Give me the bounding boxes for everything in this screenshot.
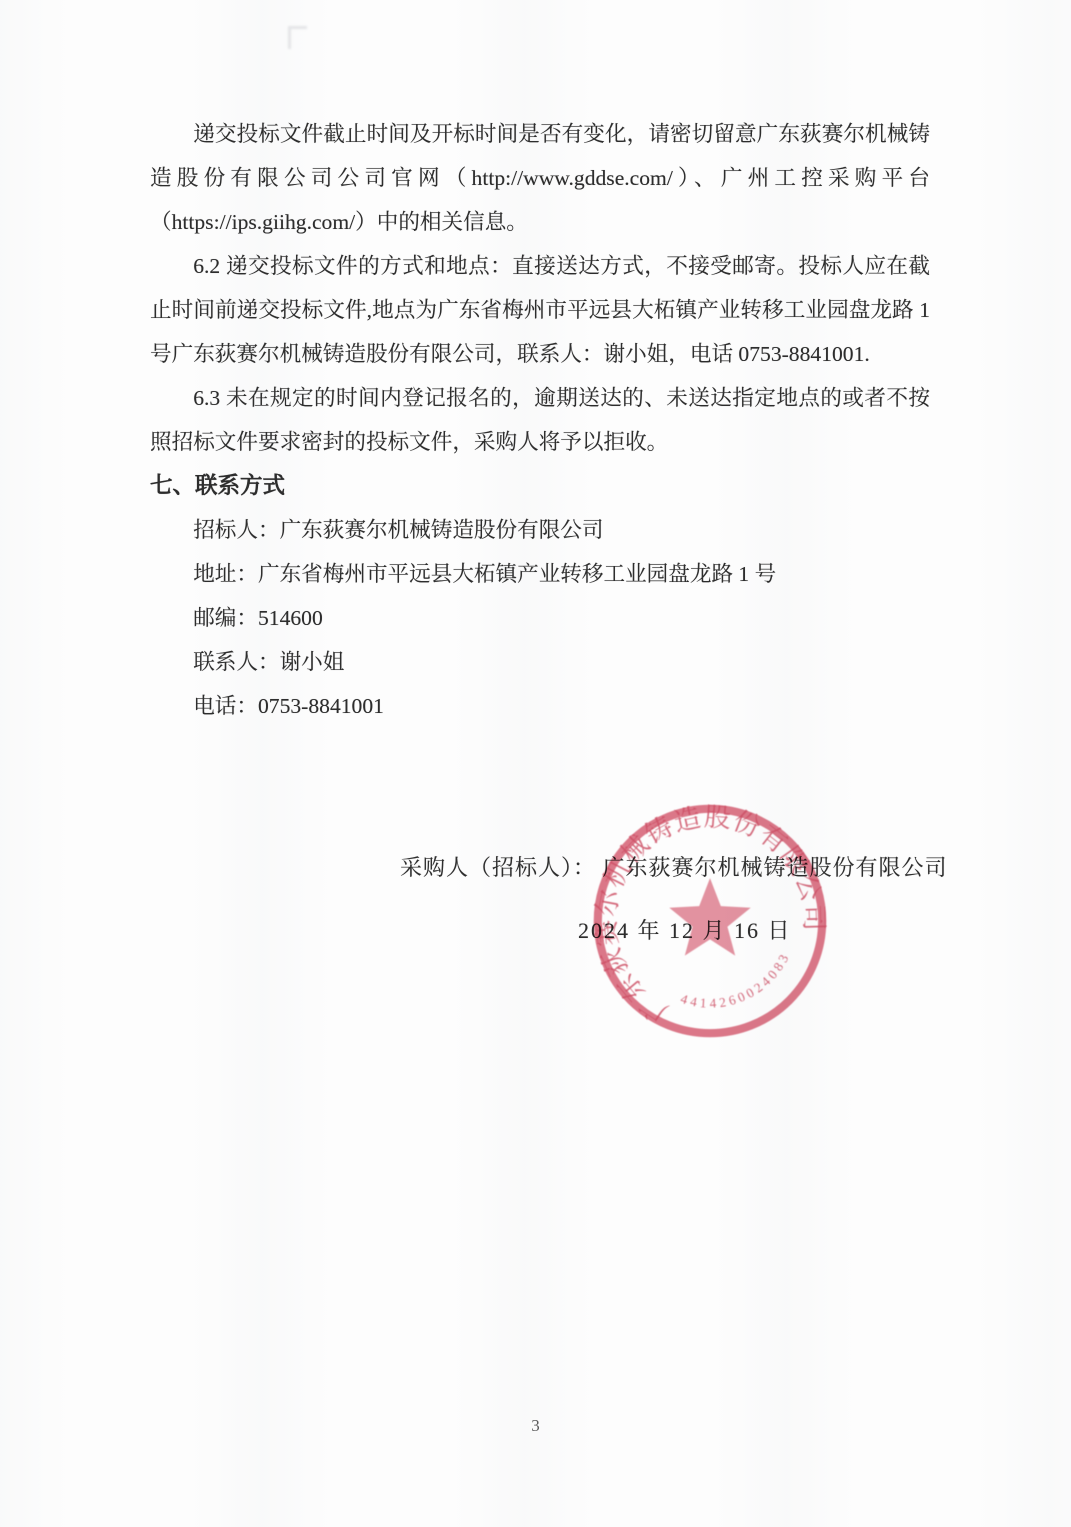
section-heading-contact: 七、联系方式: [150, 464, 930, 508]
paragraph-6-2-delivery: 6.2 递交投标文件的方式和地点：直接送达方式，不接受邮寄。投标人应在截止时间前…: [150, 244, 930, 376]
contact-line-tenderer: 招标人：广东荻赛尔机械铸造股份有限公司: [150, 508, 930, 552]
paragraph-6-3-rejection: 6.3 未在规定的时间内登记报名的，逾期送达的、未送达指定地点的或者不按照招标文…: [150, 376, 930, 464]
seal-number: 4414260024083: [674, 939, 803, 1031]
contact-line-address: 地址：广东省梅州市平远县大柘镇产业转移工业园盘龙路 1 号: [150, 552, 930, 596]
contact-line-postcode: 邮编：514600: [150, 596, 930, 640]
company-seal: 广东荻赛尔机械铸造股份有限公司 4414260024083: [557, 768, 863, 1074]
document-body: 递交投标文件截止时间及开标时间是否有变化，请密切留意广东荻赛尔机械铸造股份有限公…: [150, 112, 930, 728]
page-number: 3: [0, 1416, 1071, 1436]
contact-line-person: 联系人：谢小姐: [150, 640, 930, 684]
paragraph-deadline-notice: 递交投标文件截止时间及开标时间是否有变化，请密切留意广东荻赛尔机械铸造股份有限公…: [150, 112, 930, 244]
document-page: 递交投标文件截止时间及开标时间是否有变化，请密切留意广东荻赛尔机械铸造股份有限公…: [0, 0, 1071, 1527]
seal-star-icon: [669, 878, 750, 956]
contact-line-phone: 电话：0753-8841001: [150, 684, 930, 728]
scan-smudge-icon: [288, 26, 307, 49]
